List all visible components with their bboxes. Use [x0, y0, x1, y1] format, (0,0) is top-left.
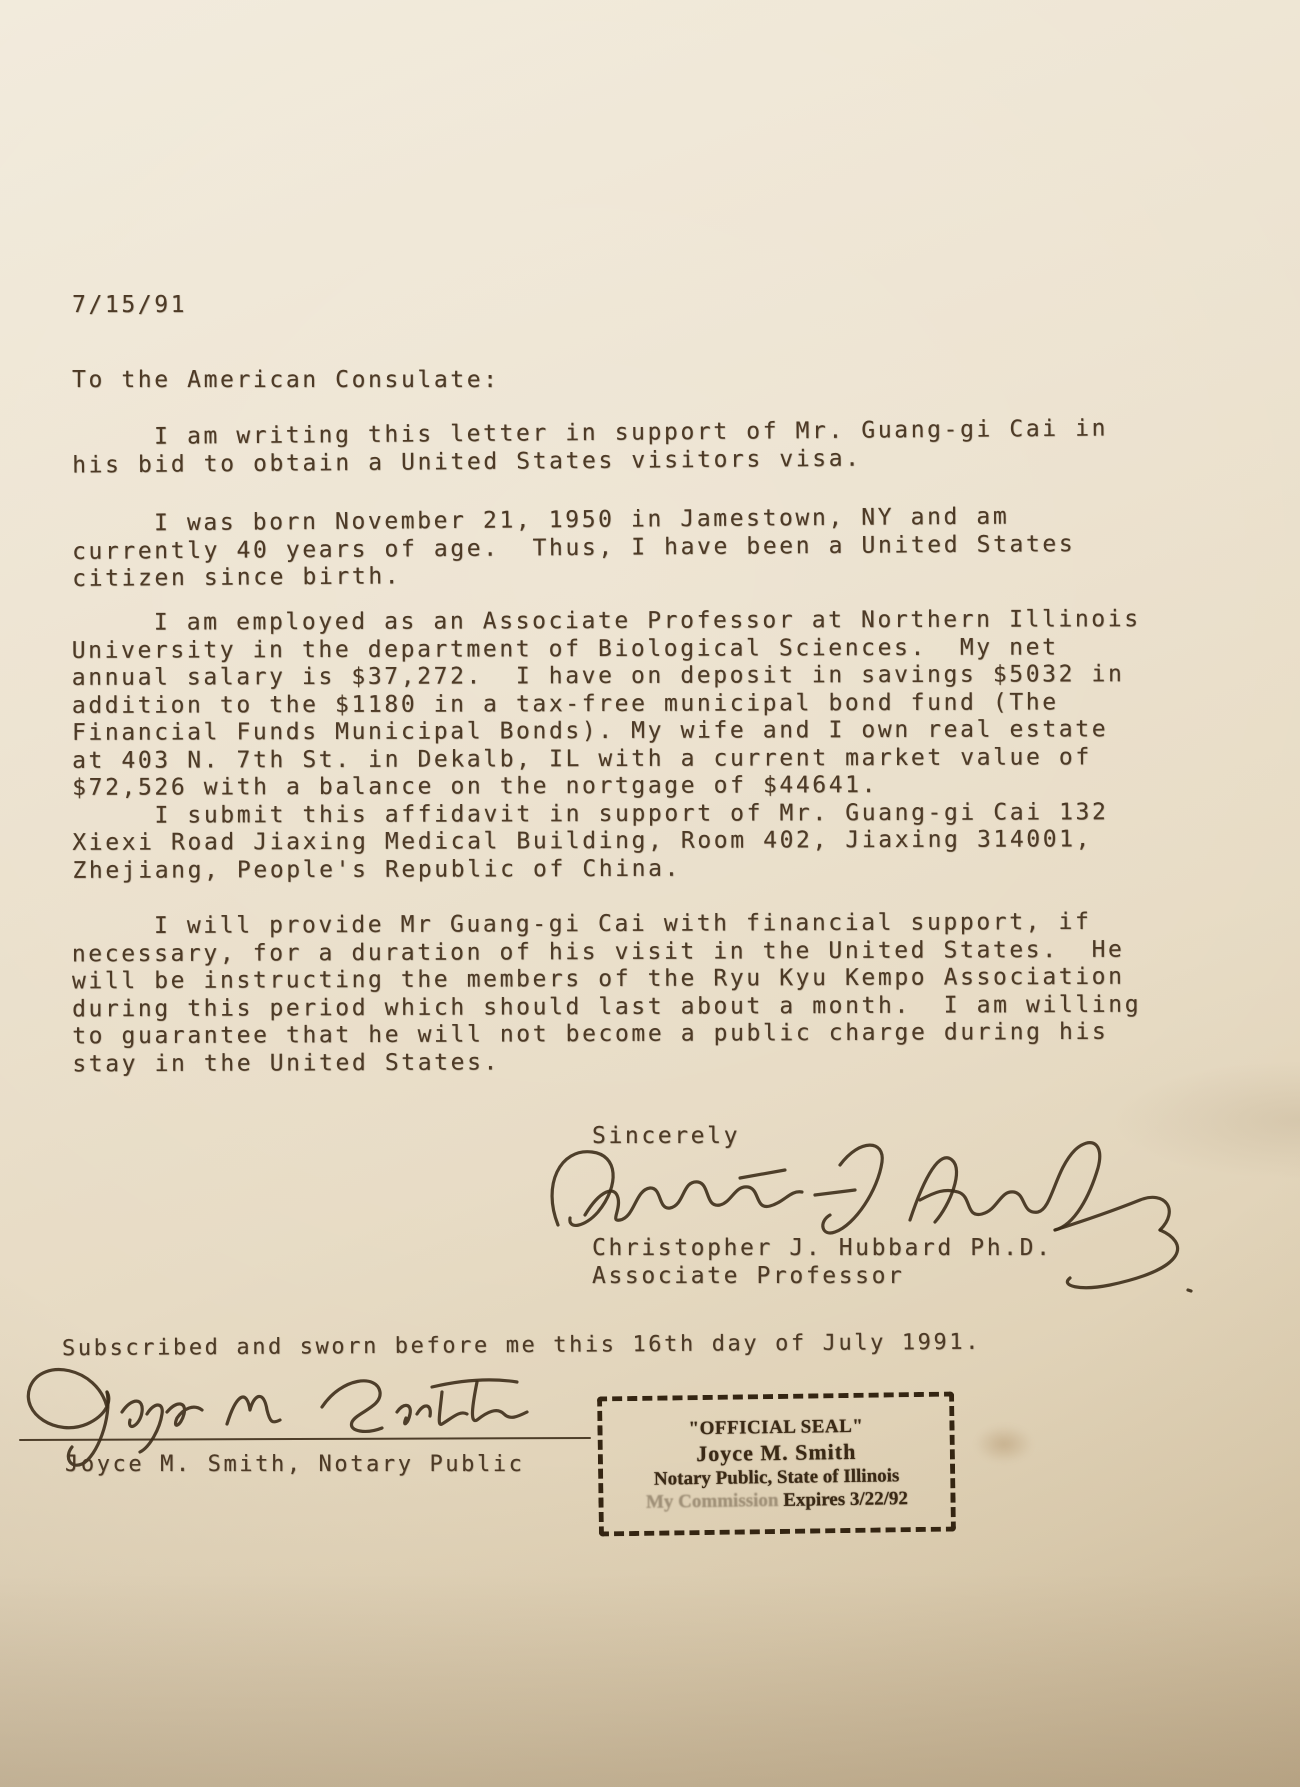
paragraph-3: I am employed as an Associate Professor …	[72, 606, 1142, 885]
paragraph-4: I will provide Mr Guang-gi Cai with fina…	[72, 909, 1142, 1079]
stamp-expiration: My Commission Expires 3/22/92	[646, 1488, 908, 1514]
stamp-expiration-date: Expires 3/22/92	[778, 1488, 908, 1511]
stamp-official-seal: "OFFICIAL SEAL"	[688, 1415, 863, 1439]
notary-typed-line: Joyce M. Smith, Notary Public	[65, 1451, 525, 1479]
letter-page: 7/15/91 To the American Consulate: I am …	[0, 0, 1300, 1787]
closing-typed-title: Associate Professor	[592, 1263, 905, 1291]
closing-typed-name: Christopher J. Hubbard Ph.D.	[592, 1235, 1053, 1263]
notary-stamp: "OFFICIAL SEAL" Joyce M. Smith Notary Pu…	[597, 1392, 956, 1537]
salutation: To the American Consulate:	[72, 367, 500, 395]
stamp-expiration-faint: My Commission	[646, 1489, 779, 1512]
letter-date: 7/15/91	[72, 292, 187, 320]
ink-smudge	[975, 1425, 1033, 1463]
paragraph-2: I was born November 21, 1950 in Jamestow…	[72, 503, 1076, 593]
paragraph-1: I am writing this letter in support of M…	[72, 415, 1109, 479]
notary-signature	[12, 1352, 612, 1467]
stamp-notary-name: Joyce M. Smith	[696, 1438, 856, 1466]
paper-crease-shadow	[1110, 1060, 1300, 1180]
stamp-notary-title: Notary Public, State of Illinois	[654, 1465, 900, 1490]
